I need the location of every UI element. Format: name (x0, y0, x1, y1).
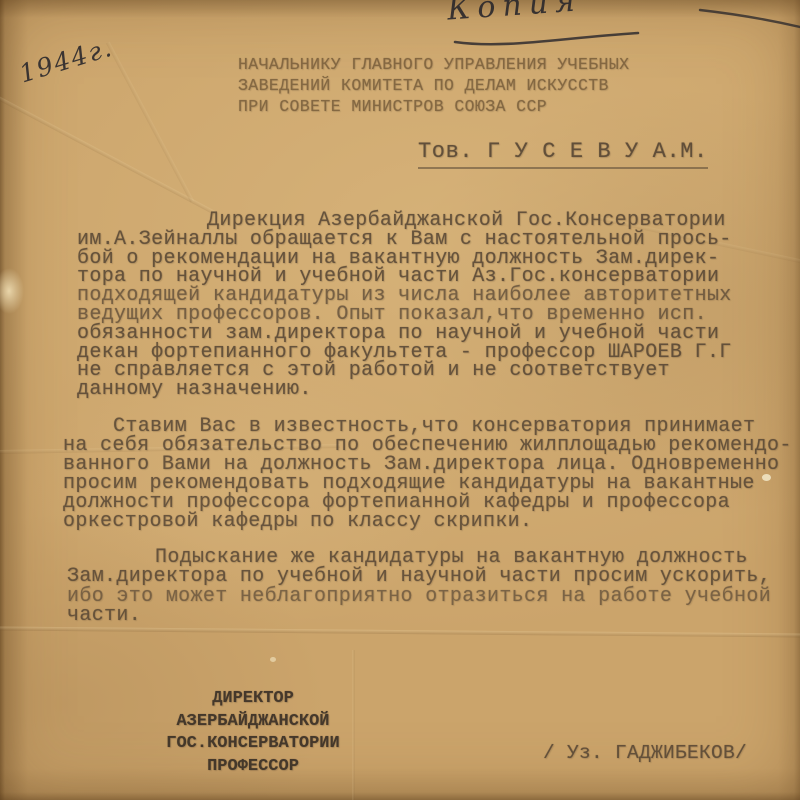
paper-crease (0, 627, 800, 638)
recipient-address-block: НАЧАЛЬНИКУ ГЛАВНОГО УПРАВЛЕНИЯ УЧЕБНЫХ З… (238, 54, 629, 117)
header-line: ЗАВЕДЕНИЙ КОМИТЕТА ПО ДЕЛАМ ИСКУССТВ (238, 75, 629, 96)
addressee-line: Тов. Г У С Е В У А.М. (418, 139, 708, 169)
paragraph-2: Ставим Вас в известность,что консерватор… (63, 417, 792, 531)
handwritten-copy-note: Копия (446, 0, 583, 28)
paper-torn-spot (0, 268, 24, 314)
typed-line: Зам.директора по учебной и научной части… (67, 567, 771, 586)
handwritten-year-note: 1944г. (16, 33, 116, 89)
signature-title-line: ДИРЕКТОР (158, 688, 348, 711)
typed-line: ведущих профессоров. Опыт показал,что вр… (77, 306, 732, 325)
document-page: 1944г. Копия НАЧАЛЬНИКУ ГЛАВНОГО УПРАВЛЕ… (0, 0, 800, 800)
typed-line: оркестровой кафедры по классу скрипки. (63, 512, 792, 531)
paper-crease (352, 650, 355, 800)
paper-crease (0, 89, 216, 215)
paragraph-3: Подыскание же кандидатуры на вакантную д… (67, 548, 771, 625)
typed-line: ибо это может неблагоприятно отразиться … (67, 587, 771, 606)
paper-speck (270, 657, 276, 662)
paper-crease (106, 42, 194, 203)
header-line: ПРИ СОВЕТЕ МИНИСТРОВ СОЮЗА ССР (238, 96, 629, 117)
signature-title-line: ПРОФЕССОР (158, 756, 348, 779)
signature-title-line: АЗЕРБАЙДЖАНСКОЙ (158, 711, 348, 734)
header-line: НАЧАЛЬНИКУ ГЛАВНОГО УПРАВЛЕНИЯ УЧЕБНЫХ (238, 54, 629, 75)
typed-line: части. (67, 606, 771, 625)
typed-line: данному назначению. (77, 381, 732, 400)
signature-title-line: ГОС.КОНСЕРВАТОРИИ (158, 733, 348, 756)
paragraph-1: Дирекция Азербайджанской Гос.Консерватор… (77, 212, 732, 400)
signature-name: / Уз. ГАДЖИБЕКОВ/ (543, 742, 747, 764)
signature-title-block: ДИРЕКТОР АЗЕРБАЙДЖАНСКОЙ ГОС.КОНСЕРВАТОР… (158, 688, 348, 778)
